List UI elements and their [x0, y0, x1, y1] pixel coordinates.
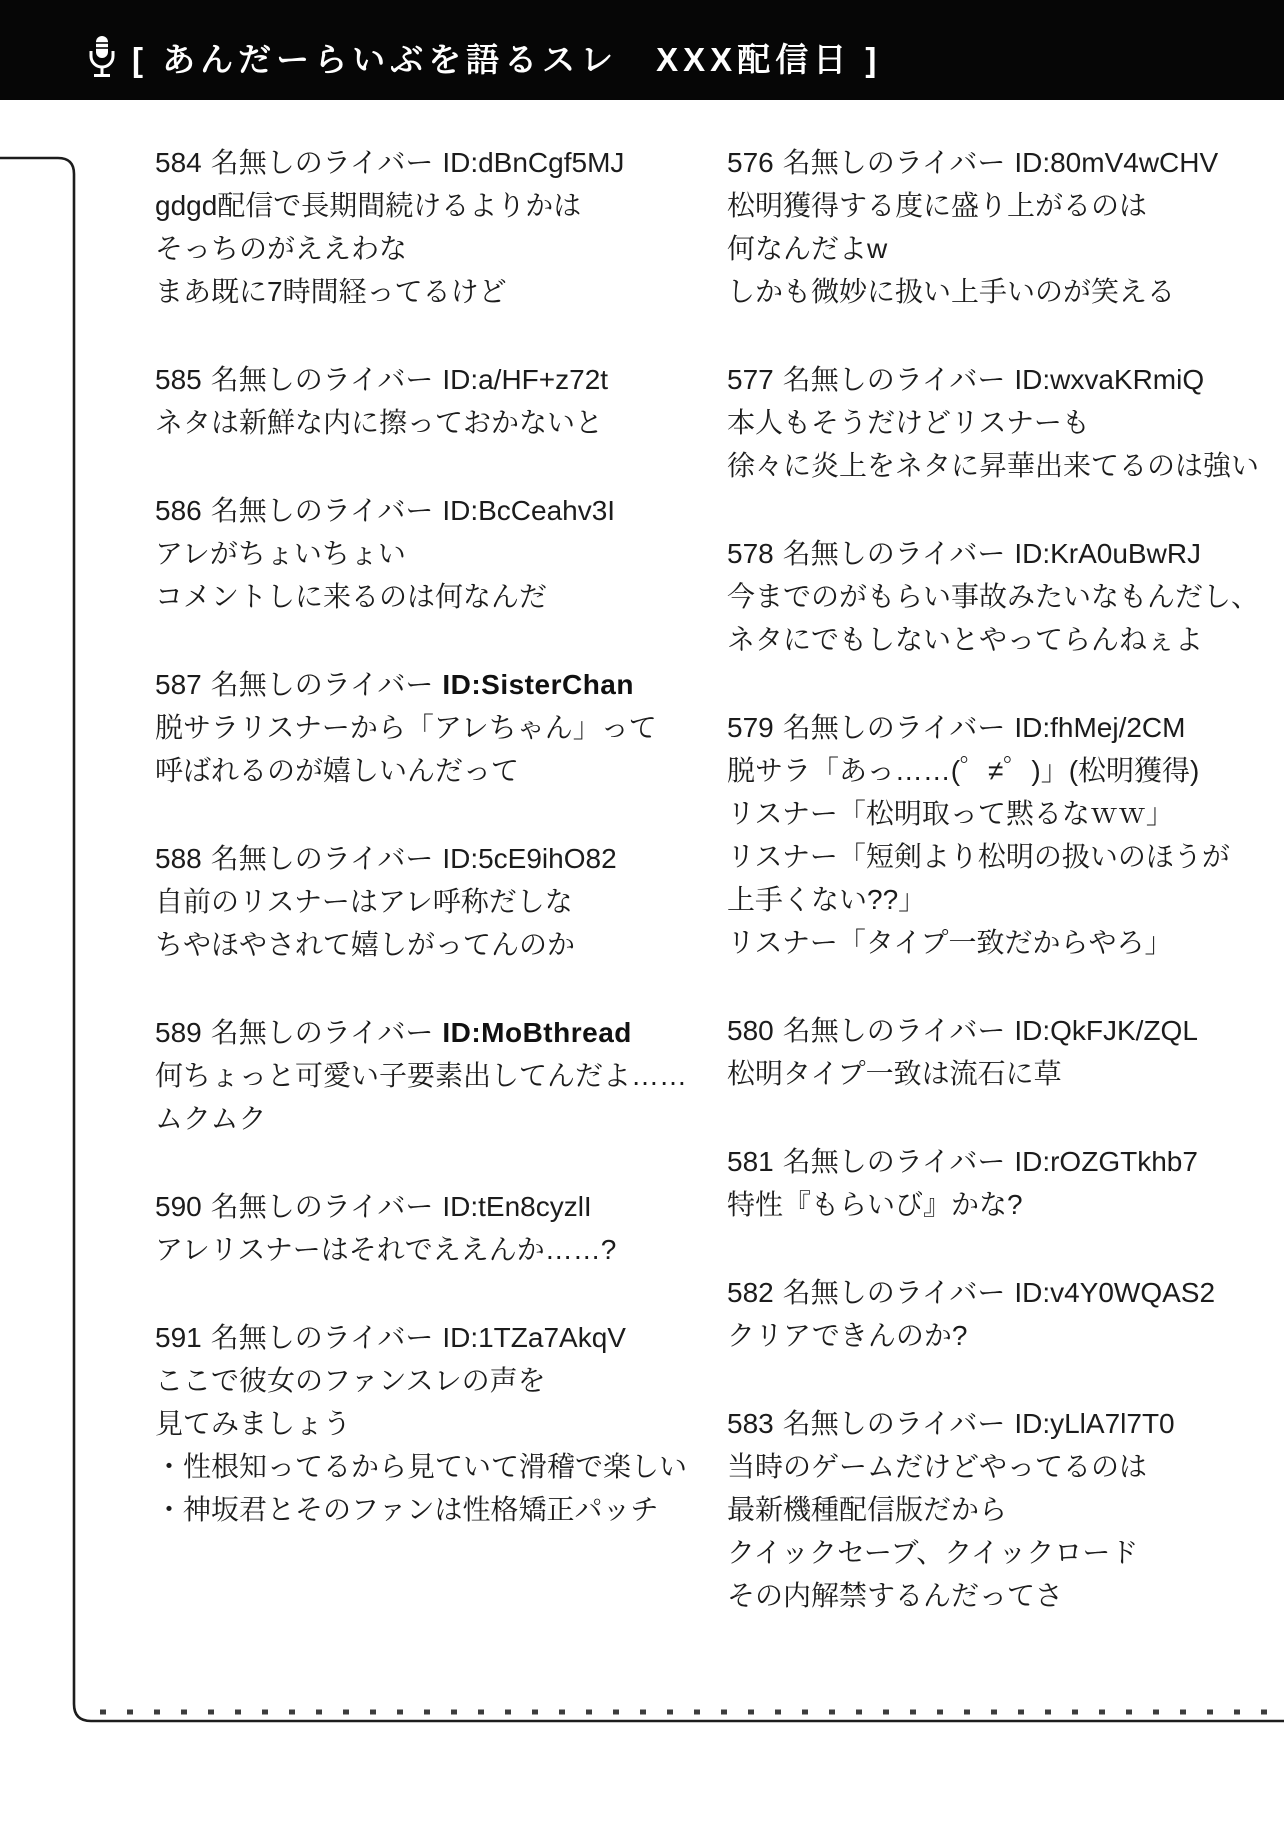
post-number: 576: [727, 147, 774, 178]
post-number: 578: [727, 538, 774, 569]
thread-post: 582名無しのライバーID:v4Y0WQAS2 クリアできんのか?: [727, 1271, 1247, 1357]
post-line: 徐々に炎上をネタに昇華出来てるのは強い: [727, 444, 1247, 487]
post-author: 名無しのライバー: [211, 1191, 434, 1222]
thread-post: 590名無しのライバーID:tEn8cyzlI アレリスナーはそれでええんか………: [155, 1185, 655, 1271]
post-line: ムクムク: [155, 1097, 655, 1140]
post-line: 松明獲得する度に盛り上がるのは: [727, 184, 1247, 227]
thread-post: 585名無しのライバーID:a/HF+z72t ネタは新鮮な内に擦っておかないと: [155, 358, 655, 444]
post-line: 脱サラ「あっ……(゜≠゜)」(松明獲得): [727, 749, 1247, 792]
post-header: 581名無しのライバーID:rOZGTkhb7: [727, 1140, 1247, 1183]
thread-post: 576名無しのライバーID:80mV4wCHV 松明獲得する度に盛り上がるのは何…: [727, 141, 1247, 313]
post-number: 580: [727, 1015, 774, 1046]
post-line: 自前のリスナーはアレ呼称だしな: [155, 880, 655, 923]
post-number: 579: [727, 712, 774, 743]
post-line: そっちのがええわな: [155, 227, 655, 270]
post-header: 585名無しのライバーID:a/HF+z72t: [155, 358, 655, 401]
post-header: 578名無しのライバーID:KrA0uBwRJ: [727, 532, 1247, 575]
post-number: 585: [155, 364, 202, 395]
post-number: 583: [727, 1408, 774, 1439]
post-author: 名無しのライバー: [211, 1017, 434, 1048]
post-line: しかも微妙に扱い上手いのが笑える: [727, 270, 1247, 313]
post-author: 名無しのライバー: [211, 669, 434, 700]
post-number: 584: [155, 147, 202, 178]
post-line: ネタにでもしないとやってらんねぇよ: [727, 618, 1247, 661]
post-header: 584名無しのライバーID:dBnCgf5MJ: [155, 141, 655, 184]
post-id: ID:tEn8cyzlI: [442, 1191, 591, 1222]
post-number: 587: [155, 669, 202, 700]
post-header: 576名無しのライバーID:80mV4wCHV: [727, 141, 1247, 184]
post-line: ・性根知ってるから見ていて滑稽で楽しい: [155, 1445, 655, 1488]
thread-post: 578名無しのライバーID:KrA0uBwRJ 今までのがもらい事故みたいなもん…: [727, 532, 1247, 661]
post-line: アレリスナーはそれでええんか……?: [155, 1228, 655, 1271]
post-number: 590: [155, 1191, 202, 1222]
post-id: ID:fhMej/2CM: [1014, 712, 1185, 743]
post-line: 何ちょっと可愛い子要素出してんだよ……: [155, 1054, 655, 1097]
thread-post: 589名無しのライバーID:MoBthread 何ちょっと可愛い子要素出してんだ…: [155, 1011, 655, 1140]
post-author: 名無しのライバー: [211, 364, 434, 395]
post-header: 579名無しのライバーID:fhMej/2CM: [727, 706, 1247, 749]
post-line: リスナー「短剣より松明の扱いのほうが: [727, 835, 1247, 878]
post-line: ネタは新鮮な内に擦っておかないと: [155, 401, 655, 444]
post-id: ID:dBnCgf5MJ: [442, 147, 624, 178]
post-id: ID:MoBthread: [442, 1017, 632, 1048]
post-author: 名無しのライバー: [783, 1146, 1006, 1177]
post-line: 当時のゲームだけどやってるのは: [727, 1445, 1247, 1488]
post-number: 586: [155, 495, 202, 526]
post-line: アレがちょいちょい: [155, 532, 655, 575]
post-line: その内解禁するんだってさ: [727, 1574, 1247, 1617]
post-header: 586名無しのライバーID:BcCeahv3I: [155, 489, 655, 532]
post-header: 589名無しのライバーID:MoBthread: [155, 1011, 655, 1054]
post-author: 名無しのライバー: [783, 1277, 1006, 1308]
post-line: クイックセーブ、クイックロード: [727, 1531, 1247, 1574]
thread-post: 579名無しのライバーID:fhMej/2CM 脱サラ「あっ……(゜≠゜)」(松…: [727, 706, 1247, 964]
post-author: 名無しのライバー: [783, 364, 1006, 395]
post-header: 591名無しのライバーID:1TZa7AkqV: [155, 1316, 655, 1359]
post-header: 582名無しのライバーID:v4Y0WQAS2: [727, 1271, 1247, 1314]
post-author: 名無しのライバー: [211, 495, 434, 526]
post-line: 今までのがもらい事故みたいなもんだし、: [727, 575, 1247, 618]
post-id: ID:BcCeahv3I: [442, 495, 615, 526]
post-header: 577名無しのライバーID:wxvaKRmiQ: [727, 358, 1247, 401]
post-line: 脱サラリスナーから「アレちゃん」って: [155, 706, 655, 749]
post-line: gdgd配信で長期間続けるよりかは: [155, 184, 655, 227]
post-id: ID:80mV4wCHV: [1014, 147, 1218, 178]
thread-post: 581名無しのライバーID:rOZGTkhb7 特性『もらいび』かな?: [727, 1140, 1247, 1226]
thread-post: 583名無しのライバーID:yLlA7l7T0 当時のゲームだけどやってるのは最…: [727, 1402, 1247, 1617]
post-line: 呼ばれるのが嬉しいんだって: [155, 749, 655, 792]
post-line: 何なんだよw: [727, 227, 1247, 270]
post-author: 名無しのライバー: [211, 843, 434, 874]
post-author: 名無しのライバー: [783, 712, 1006, 743]
post-line: リスナー「タイプ一致だからやろ」: [727, 921, 1247, 964]
book-page: [ あんだーらいぶを語るスレ XXX配信日 ] 584名無しのライバーID:dB…: [0, 0, 1284, 1826]
post-id: ID:wxvaKRmiQ: [1014, 364, 1204, 395]
post-id: ID:rOZGTkhb7: [1014, 1146, 1198, 1177]
thread-post: 580名無しのライバーID:QkFJK/ZQL 松明タイプ一致は流石に草: [727, 1009, 1247, 1095]
post-number: 577: [727, 364, 774, 395]
post-line: 本人もそうだけどリスナーも: [727, 401, 1247, 444]
post-header: 588名無しのライバーID:5cE9ihO82: [155, 837, 655, 880]
post-line: リスナー「松明取って黙るなｗｗ」: [727, 792, 1247, 835]
thread-post: 577名無しのライバーID:wxvaKRmiQ 本人もそうだけどリスナーも徐々に…: [727, 358, 1247, 487]
post-id: ID:KrA0uBwRJ: [1014, 538, 1201, 569]
post-author: 名無しのライバー: [783, 1015, 1006, 1046]
post-id: ID:1TZa7AkqV: [442, 1322, 626, 1353]
post-number: 591: [155, 1322, 202, 1353]
post-id: ID:QkFJK/ZQL: [1014, 1015, 1198, 1046]
post-author: 名無しのライバー: [211, 147, 434, 178]
post-line: コメントしに来るのは何なんだ: [155, 575, 655, 618]
thread-column-left: 584名無しのライバーID:dBnCgf5MJ gdgd配信で長期間続けるよりか…: [155, 141, 655, 1576]
post-number: 581: [727, 1146, 774, 1177]
post-line: ・神坂君とそのファンは性格矯正パッチ: [155, 1488, 655, 1531]
thread-post: 588名無しのライバーID:5cE9ihO82 自前のリスナーはアレ呼称だしなち…: [155, 837, 655, 966]
post-line: 上手くない??」: [727, 878, 1247, 921]
post-line: 特性『もらいび』かな?: [727, 1183, 1247, 1226]
thread-title: [ あんだーらいぶを語るスレ XXX配信日 ]: [132, 34, 881, 81]
post-line: 松明タイプ一致は流石に草: [727, 1052, 1247, 1095]
post-line: まあ既に7時間経ってるけど: [155, 270, 655, 313]
thread-column-right: 576名無しのライバーID:80mV4wCHV 松明獲得する度に盛り上がるのは何…: [727, 141, 1247, 1662]
post-line: ちやほやされて嬉しがってんのか: [155, 923, 655, 966]
thread-post: 587名無しのライバーID:SisterChan 脱サラリスナーから「アレちゃん…: [155, 663, 655, 792]
post-id: ID:v4Y0WQAS2: [1014, 1277, 1215, 1308]
thread-post: 586名無しのライバーID:BcCeahv3I アレがちょいちょいコメントしに来…: [155, 489, 655, 618]
thread-post: 584名無しのライバーID:dBnCgf5MJ gdgd配信で長期間続けるよりか…: [155, 141, 655, 313]
post-header: 580名無しのライバーID:QkFJK/ZQL: [727, 1009, 1247, 1052]
post-header: 583名無しのライバーID:yLlA7l7T0: [727, 1402, 1247, 1445]
post-header: 587名無しのライバーID:SisterChan: [155, 663, 655, 706]
post-author: 名無しのライバー: [783, 1408, 1006, 1439]
post-id: ID:5cE9ihO82: [442, 843, 616, 874]
post-number: 582: [727, 1277, 774, 1308]
post-line: ここで彼女のファンスレの声を: [155, 1359, 655, 1402]
post-author: 名無しのライバー: [783, 538, 1006, 569]
post-line: 最新機種配信版だから: [727, 1488, 1247, 1531]
post-author: 名無しのライバー: [783, 147, 1006, 178]
post-id: ID:SisterChan: [442, 669, 634, 700]
post-id: ID:yLlA7l7T0: [1014, 1408, 1174, 1439]
thread-title-bar: [ あんだーらいぶを語るスレ XXX配信日 ]: [0, 0, 1284, 100]
post-line: クリアできんのか?: [727, 1314, 1247, 1357]
microphone-icon: [86, 34, 118, 80]
thread-post: 591名無しのライバーID:1TZa7AkqV ここで彼女のファンスレの声を見て…: [155, 1316, 655, 1531]
post-line: 見てみましょう: [155, 1402, 655, 1445]
post-author: 名無しのライバー: [211, 1322, 434, 1353]
post-number: 588: [155, 843, 202, 874]
post-id: ID:a/HF+z72t: [442, 364, 608, 395]
post-number: 589: [155, 1017, 202, 1048]
post-header: 590名無しのライバーID:tEn8cyzlI: [155, 1185, 655, 1228]
